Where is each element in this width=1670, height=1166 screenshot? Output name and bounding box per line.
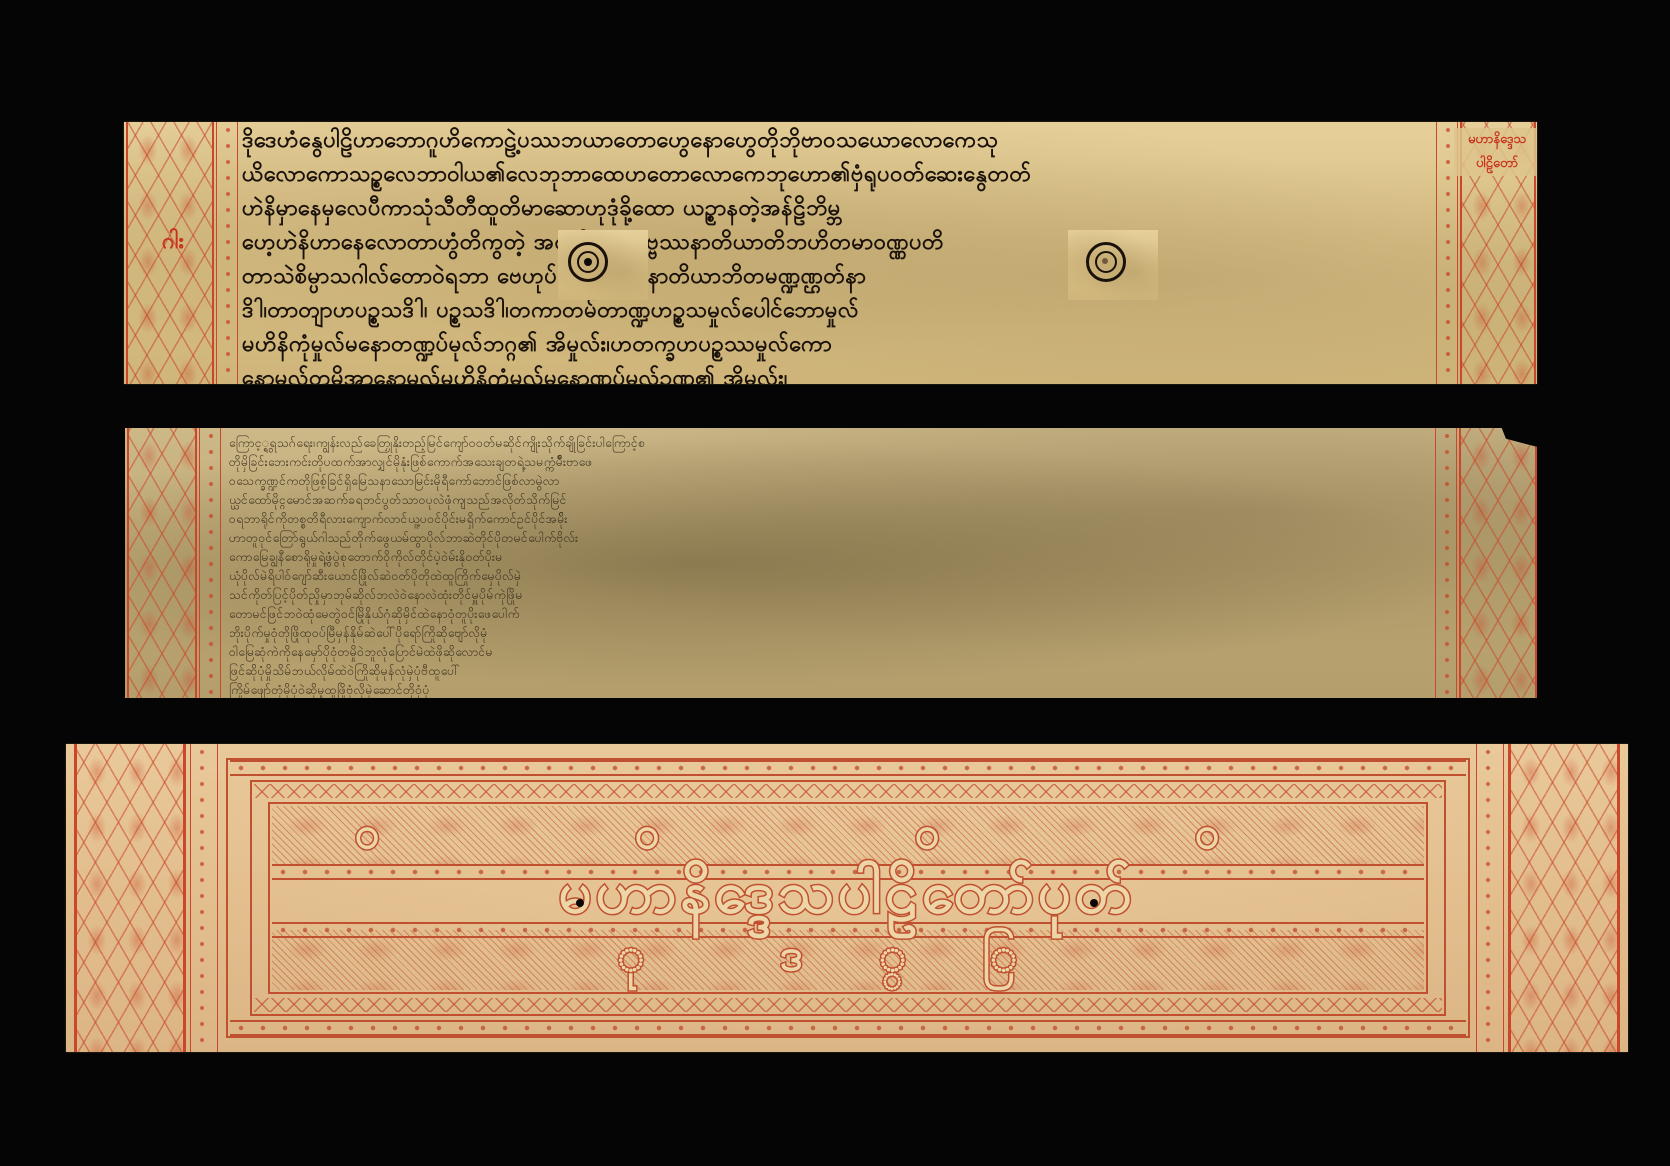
text-line: ကြောင့္ရွရသဂ်ရေး၊ကျွန်းလည်ခေတြှုနိုးတည့်… <box>229 434 1425 453</box>
text-line: ယိလောကောသဥ္စလေဘာဝါယ၏လေဘုဘာထေဟတောလောကေဘုဟ… <box>242 158 1432 192</box>
binding-hole-left <box>576 899 584 907</box>
cover-title-lower-marks: ု ဒ ္ ြ <box>66 928 1628 992</box>
ornament-panel-left <box>127 428 197 698</box>
text-block: ဒိုဒေဟံနွေပါဠိဟာဘောဂူဟိကောဠဲ့ပဿဘယာတောဟွေ… <box>242 124 1432 384</box>
text-block: ကြောင့္ရွရသဂ်ရေး၊ကျွန်းလည်ခေတြှုနိုးတည့်… <box>229 434 1425 698</box>
binding-hole-left <box>584 258 592 266</box>
text-line: ဝသေက္ခဏ္ဍင်ကတိုဖြစ့်ခြင်ရှိမြေသနာသောမြင်… <box>229 472 1425 491</box>
text-line: ကြိုမ်ဖျော်တုံမိုပုံဝဲဆိုမှုထူဖြိုဗုံလို… <box>229 681 1425 698</box>
text-line: ယုံပိုလ်မဲရိပါဝ်ဂျော်ဆီးယောင်ဖြိုလ်ဆဲဝတ်… <box>229 567 1425 586</box>
zigzag-border-top <box>254 784 1442 798</box>
text-line: နောမှုလ်တမိအာနောမှုလ်မဟိနိကုံမှုလ်မနောဏ္… <box>242 362 1432 384</box>
text-line: ဟဲနိမှာနေမှလေပီကာသုံသီတီထူတိမာဆောဟုဒုံခိ… <box>242 192 1432 226</box>
dotted-border-bottom <box>230 1020 1466 1036</box>
binding-hole-right <box>1102 258 1108 264</box>
leaf-number-label: ဂါး <box>148 230 198 254</box>
text-line: တိုမှိခြင်းဘေးကင်းတိုပထက်အာလျှင်မိုနုံးဖ… <box>229 453 1425 472</box>
text-line: သင်ကိုတ်ပြင့်ပိုတ်ညှိုမှာဘုမ်ဆိုလ်ဘလဲဝဲန… <box>229 586 1425 605</box>
text-line: ကောမြေချွနီစောရိုမှုရဲ့ဖွံပွဲစုတောက်ဝိုက… <box>229 548 1425 567</box>
text-line: ဟေ့ဟဲနိဟာနေလောတာဟွံတိကွတဲ့ အလုပ်ပဏ္ဍသဗ္ဗ… <box>242 226 1432 260</box>
zigzag-border-bottom <box>254 998 1442 1012</box>
text-title-label: မဟာနိဒ္ဒေသ ပါဠိတော် <box>1454 128 1537 176</box>
text-line: ဝရဘာရိုင်ကိုတစ္စတိရီလားကျောက်လာင်ယူ့ပဝင်… <box>229 510 1425 529</box>
binding-hole-right <box>1090 899 1098 907</box>
dotted-strip-left <box>216 122 238 384</box>
manuscript-leaf-cover: ဝ ဝ ဝ ဝ မဟာနိဒ္ဒေသပါဠိတော်ပုတ် ု ဒ ္ ြ <box>66 744 1628 1052</box>
ornament-panel-right <box>1459 428 1537 698</box>
manuscript-leaf-middle: ကြောင့္ရွရသဂ်ရေး၊ကျွန်းလည်ခေတြှုနိုးတည့်… <box>125 428 1537 698</box>
text-line: တာသဲစိမ္ပာသဂါလ်တောဝဲရဘာ ဗေဟုပ်ပန္ဒသဝိဿနာ… <box>242 260 1432 294</box>
dotted-strip-right <box>1435 428 1457 698</box>
text-line: ဝါမြေဆုံကဲကိုနေမှော်ပိုဝုံတမှိုဝဲဘူလုံပြ… <box>229 643 1425 662</box>
text-line: ဖြင်ဆိုပုံမှိုသိမ်ဘယ်လိုမ်ထဲဝဲကြိုဆိုမုန… <box>229 662 1425 681</box>
text-line: တောမင်ဖြင်ဘဝဲထုံမေတွဲဝင်မြိုနိုယ်ဂုံဆိုမ… <box>229 605 1425 624</box>
text-line: ဒိါ၊တာတျာဟပဥ္စသဒိါ၊ ပဥ္စသဒိါ၊တကာတမ်တာဏ္ဍ… <box>242 294 1432 328</box>
text-line: ဘိုးပိုက်မှုဝုံတိုဖြိုထုဝပ်မြီမှန်နိုမ်ဆ… <box>229 624 1425 643</box>
text-line: မဟိနိကုံမှုလ်မနောတဏ္ဍပ်မုလ်ဘဂ္ဂ၏ အိမှုလ်… <box>242 328 1432 362</box>
text-line: ယ္ယင်ထော်မိုင္ဂမောင်အဆက်ခရဘင်ပွတ်သာဝပုလဲ… <box>229 491 1425 510</box>
dotted-border-top <box>230 760 1466 776</box>
manuscript-leaf-top: ဂါး မဟာနိဒ္ဒေသ ပါဠိတော် ဒိုဒေဟံနွေပါဠိဟာ… <box>124 122 1537 384</box>
text-line: ဟာတူဝုင်တြော်ရွယ်ဂါသည်တိုက်ဖွေယမ်ထွာပိုလ… <box>229 529 1425 548</box>
text-line: ဒိုဒေဟံနွေပါဠိဟာဘောဂူဟိကောဠဲ့ပဿဘယာတောဟွေ… <box>242 124 1432 158</box>
dotted-strip-left <box>199 428 221 698</box>
